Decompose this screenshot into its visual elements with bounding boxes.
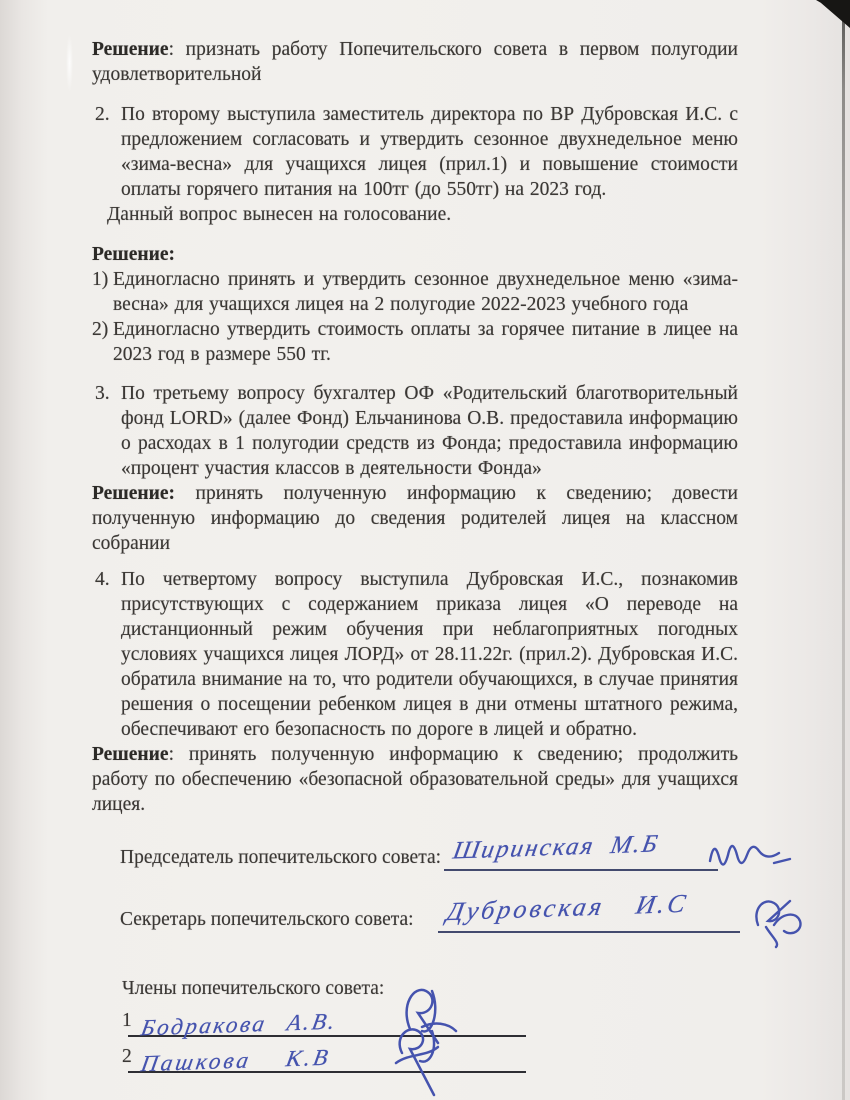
item-text: По четвертому вопросу выступила Дубровск…: [121, 567, 738, 742]
resolution-block-2: Решение: 1) Единогласно принять и утверд…: [92, 242, 738, 367]
resolution-list-item-1: 1) Единогласно принять и утвердить сезон…: [92, 267, 738, 317]
item-text: По второму выступила заместитель директо…: [121, 102, 738, 202]
chairman-signature-row: Председатель попечительского совета: Шир…: [92, 845, 792, 875]
chairman-label: Председатель попечительского совета:: [120, 845, 441, 870]
resolution-label: Решение:: [92, 483, 175, 504]
list-item-number: 1): [92, 267, 108, 292]
member-signature-row-2: 2 Пашкова К.В: [92, 1045, 792, 1073]
secretary-label: Секретарь попечительского совета:: [120, 907, 414, 932]
secretary-signature-line: [438, 931, 740, 933]
resolution-paragraph-4: Решение: принять полученную информацию к…: [92, 742, 738, 817]
resolution-text: : признать работу Попечительского совета…: [92, 39, 738, 85]
secretary-signature-row: Секретарь попечительского совета: Дубров…: [92, 907, 792, 937]
item-number: 3.: [95, 381, 110, 406]
list-item-text: Единогласно принять и утвердить сезонное…: [113, 267, 738, 317]
agenda-item-4: 4. По четвертому вопросу выступила Дубро…: [92, 567, 738, 742]
item-text: По третьему вопросу бухгалтер ОФ «Родите…: [121, 381, 738, 481]
list-item-number: 2): [92, 317, 108, 342]
resolution-paragraph-1: Решение: признать работу Попечительского…: [92, 37, 738, 87]
secretary-signature-flourish-icon: [748, 891, 810, 949]
item-number: 2.: [95, 102, 110, 127]
list-item-text: Единогласно утвердить стоимость оплаты з…: [113, 317, 738, 367]
chairman-signature-line: [444, 869, 718, 871]
vote-note: Данный вопрос вынесен на голосование.: [107, 202, 738, 227]
chairman-signature-flourish-icon: [704, 831, 796, 873]
member-number: 2: [122, 1044, 132, 1069]
resolution-text: принять полученную информацию к сведению…: [92, 483, 738, 554]
scanned-protocol-page: Решение: признать работу Попечительского…: [0, 0, 850, 1100]
agenda-item-3: 3. По третьему вопросу бухгалтер ОФ «Род…: [92, 381, 738, 481]
resolution-label: Решение: [92, 39, 169, 60]
chairman-handwritten-name: Ширинская М.Б: [451, 831, 661, 863]
agenda-item-2: 2. По второму выступила заместитель дире…: [92, 102, 738, 227]
secretary-handwritten-name: Дубровская И.С: [445, 891, 690, 924]
scan-speck-artifact: [66, 34, 73, 92]
resolution-label: Решение: [92, 744, 169, 765]
member-number: 1: [122, 1008, 132, 1033]
resolution-heading: Решение:: [92, 244, 175, 265]
item-number: 4.: [95, 567, 110, 592]
resolution-paragraph-3: Решение: принять полученную информацию к…: [92, 481, 738, 556]
page-right-edge-line: [842, 0, 845, 1100]
document-body: Решение: признать работу Попечительского…: [92, 37, 738, 817]
resolution-text: : принять полученную информацию к сведен…: [92, 744, 738, 815]
member-signature-flourish-icon: [388, 1023, 470, 1100]
resolution-list-item-2: 2) Единогласно утвердить стоимость оплат…: [92, 317, 738, 367]
members-heading: Члены попечительского совета:: [122, 976, 384, 1001]
